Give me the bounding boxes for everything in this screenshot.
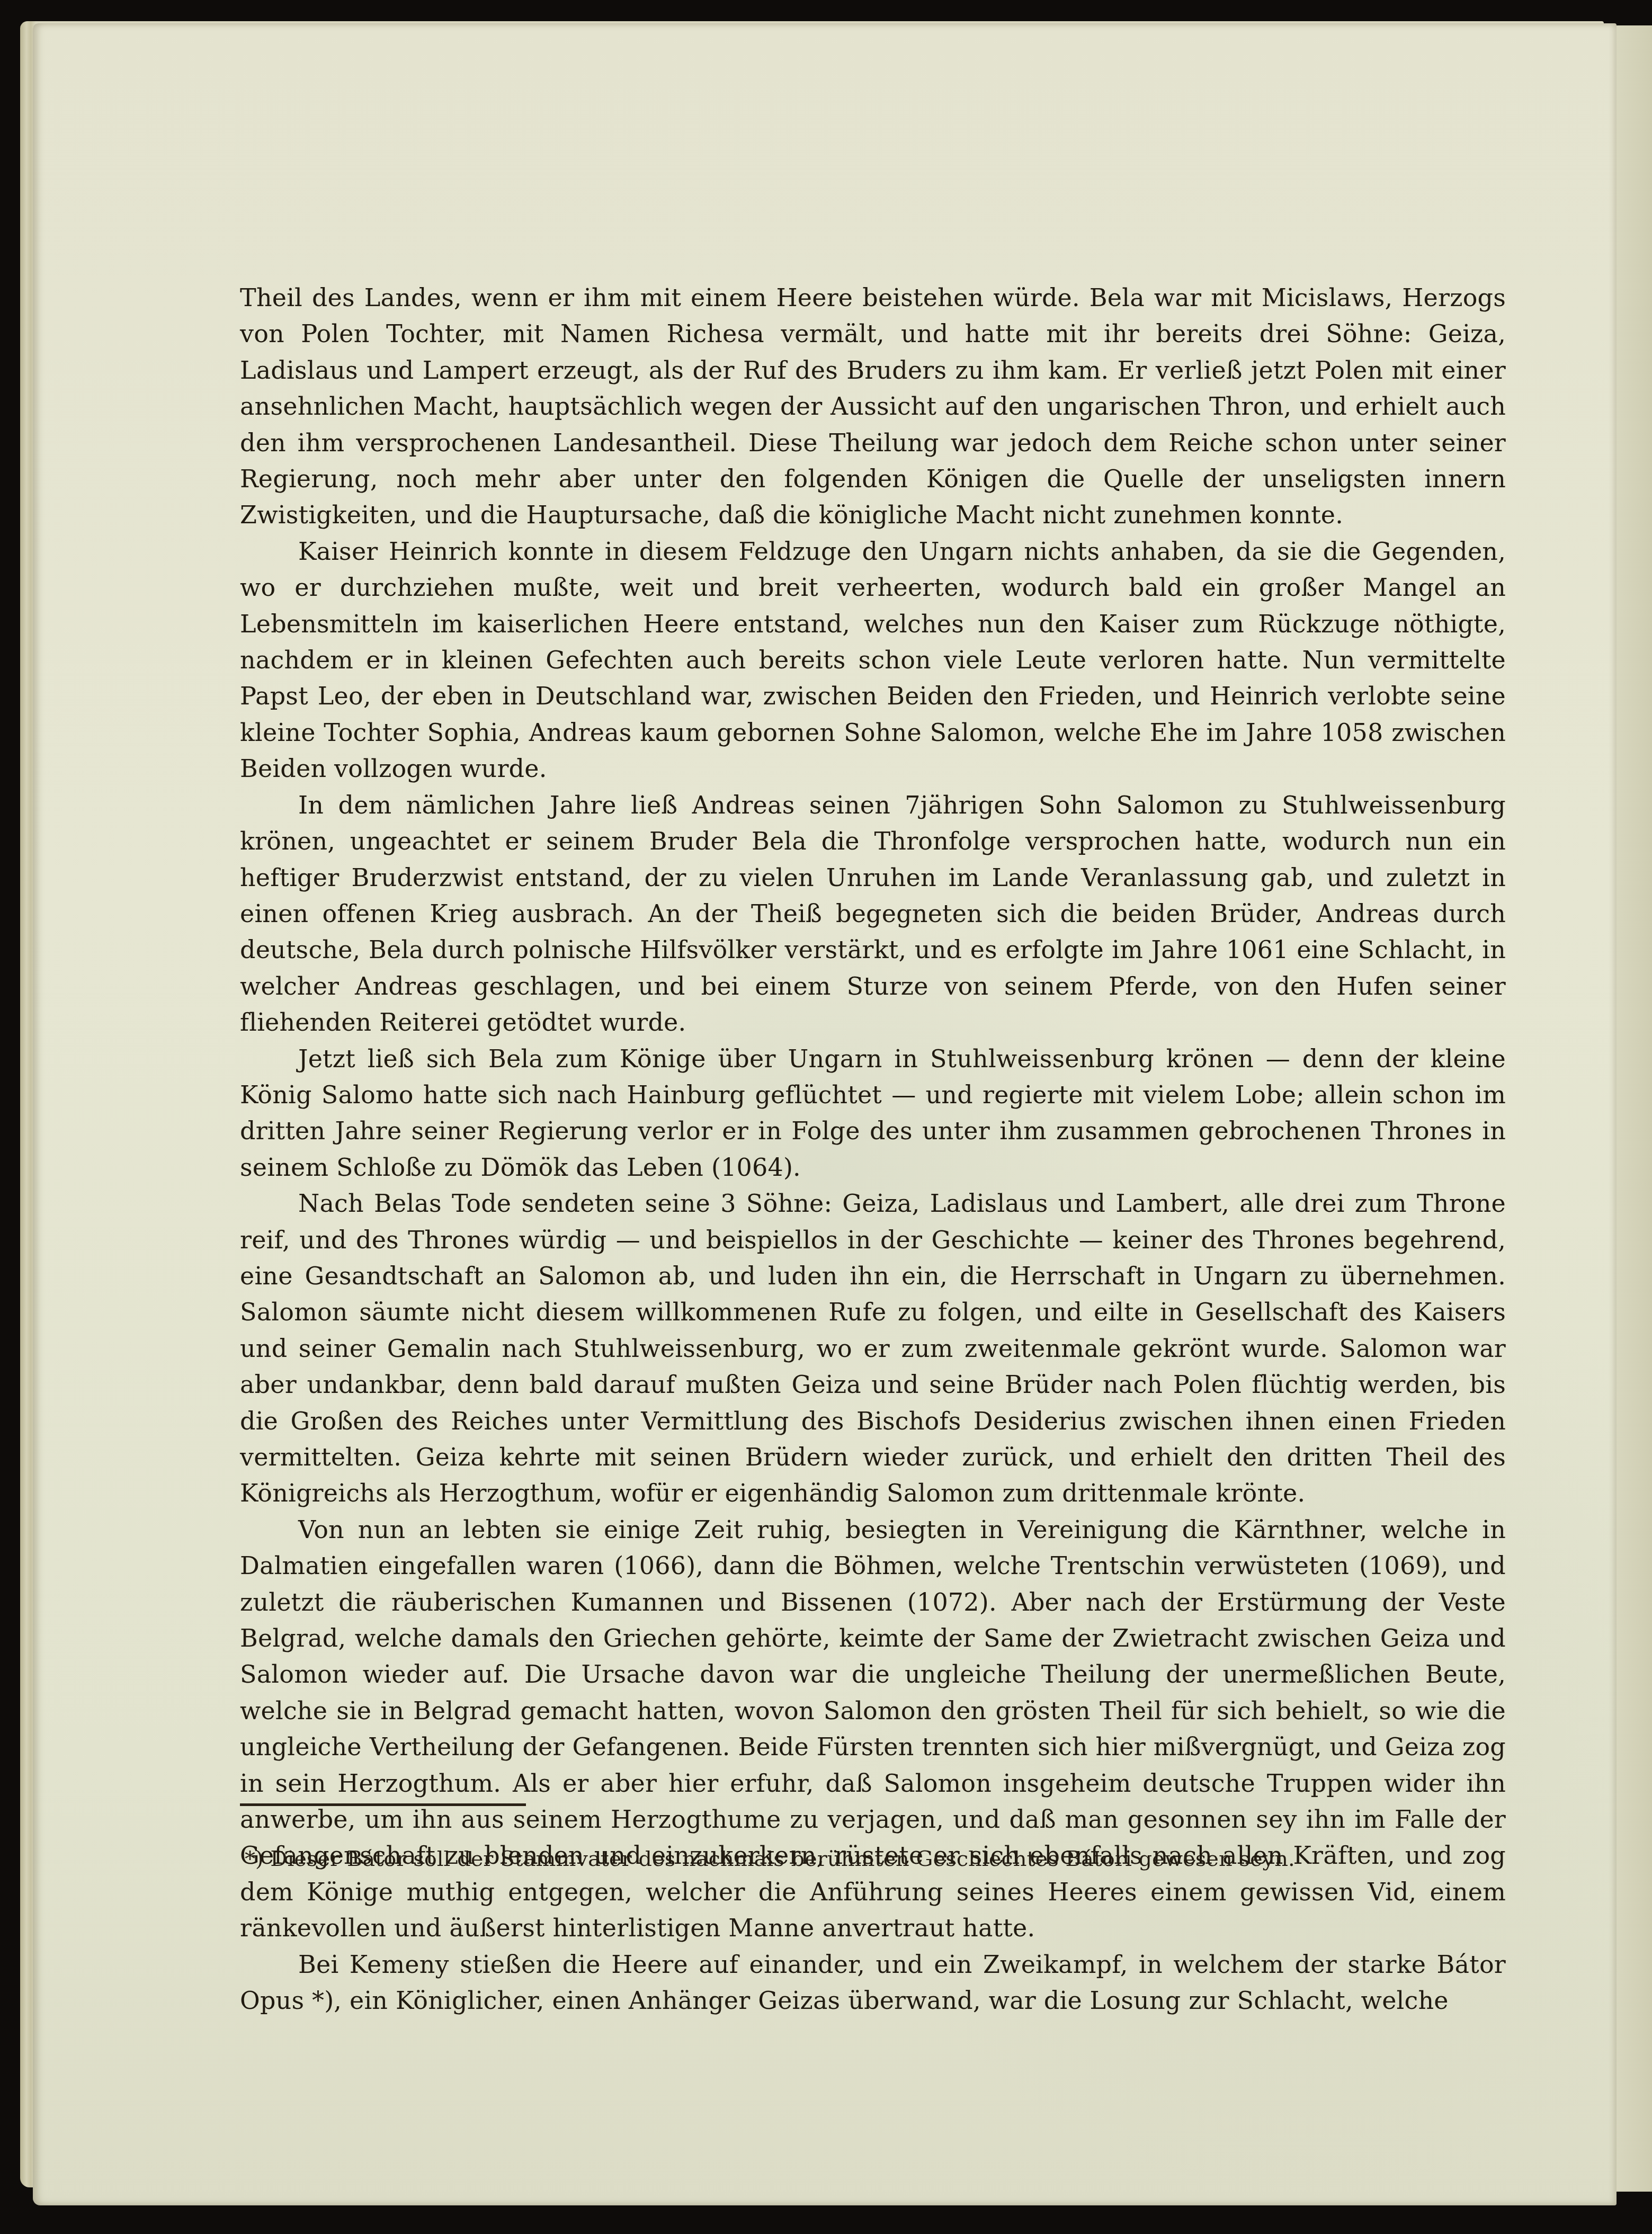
body-text: Theil des Landes, wenn er ihm mit einem …: [240, 280, 1506, 2019]
paragraph: Bei Kemeny stießen die Heere auf einande…: [240, 1946, 1506, 2019]
footnote: *) Dieser Bátor soll der Stammvater des …: [245, 1843, 1463, 1875]
footnote-marker: *): [245, 1847, 264, 1871]
footnote-text: Dieser Bátor soll der Stammvater des nac…: [270, 1847, 1294, 1871]
paragraph: In dem nämlichen Jahre ließ Andreas sein…: [240, 787, 1506, 1041]
paragraph: Theil des Landes, wenn er ihm mit einem …: [240, 280, 1506, 533]
footnote-separator: [240, 1803, 526, 1806]
facing-page-edge: [1612, 25, 1652, 2192]
paragraph: Nach Belas Tode sendeten seine 3 Söhne: …: [240, 1185, 1506, 1512]
paragraph: Jetzt ließ sich Bela zum Könige über Ung…: [240, 1041, 1506, 1186]
paragraph: Kaiser Heinrich konnte in diesem Feldzug…: [240, 533, 1506, 787]
paragraph: Von nun an lebten sie einige Zeit ruhig,…: [240, 1512, 1506, 1946]
